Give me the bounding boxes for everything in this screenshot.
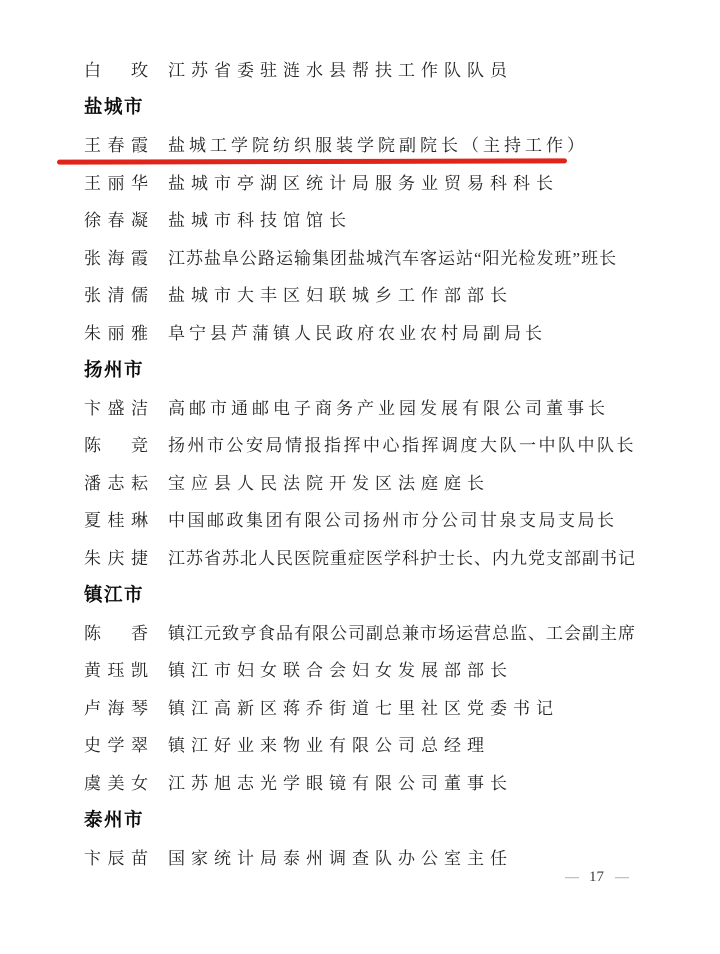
person-position: 盐城工学院纺织服装学院副院长（主持工作）	[168, 131, 588, 156]
roster-row: 夏桂琳 中国邮政集团有限公司扬州市分公司甘泉支局支局长	[84, 500, 680, 538]
person-position: 镇江好业来物业有限公司总经理	[168, 731, 490, 756]
person-position: 江苏旭志光学眼镜有限公司董事长	[168, 769, 513, 794]
person-name: 朱丽雅	[84, 319, 148, 344]
person-name: 朱庆捷	[84, 544, 148, 569]
roster-row: 虞美女 江苏旭志光学眼镜有限公司董事长	[84, 763, 680, 801]
footer-dash-right: —	[615, 870, 628, 886]
city-name: 镇江市	[84, 581, 144, 607]
person-name: 王春霞	[84, 131, 148, 156]
person-name: 陈竞	[84, 431, 148, 456]
person-name: 夏桂琳	[84, 506, 148, 531]
person-name: 陈香	[84, 619, 148, 644]
footer-dash-left: —	[565, 870, 578, 886]
person-position: 扬州市公安局情报指挥中心指挥调度大队一中队中队长	[168, 431, 636, 456]
person-name: 张清儒	[84, 281, 148, 306]
city-section-header: 盐城市	[84, 88, 680, 126]
person-position: 宝应县人民法院开发区法庭庭长	[168, 469, 490, 494]
person-position: 镇江元致亨食品有限公司副总兼市场运营总监、工会副主席	[168, 619, 636, 644]
city-section-header: 泰州市	[84, 800, 680, 838]
person-position: 江苏省苏北人民医院重症医学科护士长、内九党支部副书记	[168, 544, 636, 569]
person-name: 徐春凝	[84, 206, 148, 231]
person-position: 江苏省委驻涟水县帮扶工作队队员	[168, 56, 513, 81]
person-name: 卞盛洁	[84, 394, 148, 419]
person-name: 黄珏凯	[84, 656, 148, 681]
roster-row: 陈竞 扬州市公安局情报指挥中心指挥调度大队一中队中队长	[84, 425, 680, 463]
person-name: 白玫	[84, 56, 148, 81]
person-position: 盐城市亭湖区统计局服务业贸易科科长	[168, 169, 559, 194]
roster-row: 王春霞 盐城工学院纺织服装学院副院长（主持工作）	[84, 125, 680, 163]
roster-row: 朱庆捷 江苏省苏北人民医院重症医学科护士长、内九党支部副书记	[84, 538, 680, 576]
roster-row: 王丽华 盐城市亭湖区统计局服务业贸易科科长	[84, 163, 680, 201]
person-position: 阜宁县芦蒲镇人民政府农业农村局副局长	[168, 319, 546, 344]
page-number: 17	[589, 869, 604, 886]
roster-row: 黄珏凯 镇江市妇女联合会妇女发展部部长	[84, 650, 680, 688]
city-name: 泰州市	[84, 806, 144, 832]
city-name: 盐城市	[84, 93, 144, 119]
roster-row: 陈香 镇江元致亨食品有限公司副总兼市场运营总监、工会副主席	[84, 613, 680, 651]
roster-row: 朱丽雅 阜宁县芦蒲镇人民政府农业农村局副局长	[84, 313, 680, 351]
person-position: 镇江市妇女联合会妇女发展部部长	[168, 656, 513, 681]
person-name: 潘志耘	[84, 469, 148, 494]
person-name: 虞美女	[84, 769, 148, 794]
roster-row: 卢海琴 镇江高新区蒋乔街道七里社区党委书记	[84, 688, 680, 726]
person-name: 卢海琴	[84, 694, 148, 719]
person-position: 盐城市科技馆馆长	[168, 206, 352, 231]
roster-row: 徐春凝 盐城市科技馆馆长	[84, 200, 680, 238]
roster-row: 张清儒 盐城市大丰区妇联城乡工作部部长	[84, 275, 680, 313]
roster-row: 潘志耘 宝应县人民法院开发区法庭庭长	[84, 463, 680, 501]
city-section-header: 镇江市	[84, 575, 680, 613]
roster-row: 卞盛洁 高邮市通邮电子商务产业园发展有限公司董事长	[84, 388, 680, 426]
roster-list: 白玫 江苏省委驻涟水县帮扶工作队队员 盐城市 王春霞 盐城工学院纺织服装学院副院…	[84, 50, 680, 875]
person-position: 镇江高新区蒋乔街道七里社区党委书记	[168, 694, 559, 719]
person-name: 卞辰苗	[84, 844, 148, 869]
page-footer: — 17 —	[565, 869, 628, 886]
city-section-header: 扬州市	[84, 350, 680, 388]
person-position: 国家统计局泰州调查队办公室主任	[168, 844, 513, 869]
person-position: 盐城市大丰区妇联城乡工作部部长	[168, 281, 513, 306]
roster-row: 白玫 江苏省委驻涟水县帮扶工作队队员	[84, 50, 680, 88]
person-name: 王丽华	[84, 169, 148, 194]
person-position: 高邮市通邮电子商务产业园发展有限公司董事长	[168, 394, 609, 419]
person-name: 史学翠	[84, 731, 148, 756]
document-page: 白玫 江苏省委驻涟水县帮扶工作队队员 盐城市 王春霞 盐城工学院纺织服装学院副院…	[0, 0, 720, 954]
person-position: 中国邮政集团有限公司扬州市分公司甘泉支局支局长	[168, 506, 617, 531]
city-name: 扬州市	[84, 356, 144, 382]
roster-row: 张海霞 江苏盐阜公路运输集团盐城汽车客运站“阳光检发班”班长	[84, 238, 680, 276]
person-position: 江苏盐阜公路运输集团盐城汽车客运站“阳光检发班”班长	[168, 244, 617, 269]
person-name: 张海霞	[84, 244, 148, 269]
roster-row: 史学翠 镇江好业来物业有限公司总经理	[84, 725, 680, 763]
